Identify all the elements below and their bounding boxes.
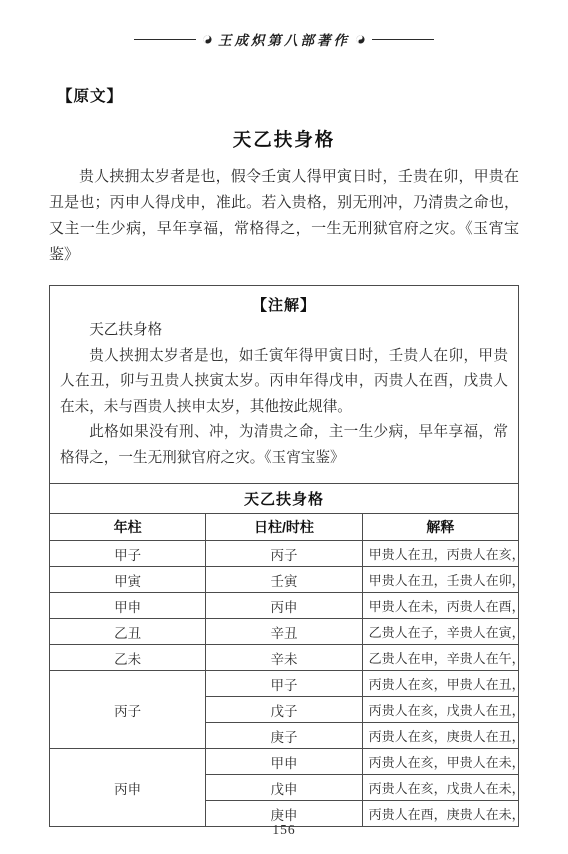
day-pillar-cell: 甲申 (206, 749, 362, 775)
head-rule-right (372, 39, 434, 40)
table-row: 甲寅 壬寅 甲贵人在丑，壬贵人在卯，丑与卯贵人挟寅太岁。 (50, 567, 519, 593)
column-header-year: 年柱 (50, 514, 206, 541)
annotation-box: 【注解】 天乙扶身格 贵人挟拥太岁者是也，如壬寅年得甲寅日时，壬贵人在卯，甲贵人… (49, 285, 519, 484)
year-pillar-cell: 甲子 (50, 541, 206, 567)
day-pillar-cell: 丙子 (206, 541, 362, 567)
year-pillar-cell: 乙丑 (50, 619, 206, 645)
year-pillar-cell-merged: 丙子 (50, 671, 206, 749)
year-pillar-cell-merged: 丙申 (50, 749, 206, 827)
explain-cell: 甲贵人在丑，壬贵人在卯，丑与卯贵人挟寅太岁。 (362, 567, 518, 593)
annotation-paragraph-1: 贵人挟拥太岁者是也，如壬寅年得甲寅日时，壬贵人在卯，甲贵人在丑，卯与丑贵人挟寅太… (60, 344, 508, 421)
table-row: 丙申 甲申 丙贵人在亥，甲贵人在未，酉与未贵人挟申太岁。 (50, 749, 519, 775)
table-row: 甲子 丙子 甲贵人在丑，丙贵人在亥，亥与丑贵人挟子太岁。 (50, 541, 519, 567)
column-header-explain: 解释 (362, 514, 518, 541)
annotation-section-label: 【注解】 (60, 294, 508, 318)
table-title-row: 天乙扶身格 (50, 484, 519, 514)
book-page: 王成炽第八部著作 【原文】 天乙扶身格 贵人挟拥太岁者是也，假令壬寅人得甲寅日时… (0, 0, 568, 854)
table-header-row: 年柱 日柱/时柱 解释 (50, 514, 519, 541)
explain-cell: 丙贵人在亥，甲贵人在丑，亥与丑贵人挟子太岁。 (362, 671, 518, 697)
table-row: 乙未 辛未 乙贵人在申，辛贵人在午，申与午贵人挟未太岁。 (50, 645, 519, 671)
table-row: 甲申 丙申 甲贵人在未，丙贵人在酉，未与酉贵人挟申太岁。 (50, 593, 519, 619)
explain-cell: 乙贵人在子，辛贵人在寅，子与寅贵人挟丑太岁。 (362, 619, 518, 645)
explain-cell: 甲贵人在丑，丙贵人在亥，亥与丑贵人挟子太岁。 (362, 541, 518, 567)
running-head: 王成炽第八部著作 (0, 30, 568, 48)
running-head-title: 王成炽第八部著作 (216, 29, 352, 49)
explain-cell: 丙贵人在亥，戊贵人在丑，亥与丑贵人挟子太岁。 (362, 697, 518, 723)
year-pillar-cell: 甲寅 (50, 567, 206, 593)
original-paragraph: 贵人挟拥太岁者是也，假令壬寅人得甲寅日时，壬贵在卯，甲贵在丑是也；丙申人得戊申，… (49, 164, 519, 268)
page-number: 156 (0, 822, 568, 838)
explain-cell: 甲贵人在未，丙贵人在酉，未与酉贵人挟申太岁。 (362, 593, 518, 619)
head-rule-left (134, 39, 196, 40)
page-title: 天乙扶身格 (0, 126, 568, 152)
explain-cell: 乙贵人在申，辛贵人在午，申与午贵人挟未太岁。 (362, 645, 518, 671)
explain-cell: 丙贵人在亥，戊贵人在未，酉与未贵人挟申太岁。 (362, 775, 518, 801)
original-section-label: 【原文】 (57, 84, 568, 106)
table-row: 丙子 甲子 丙贵人在亥，甲贵人在丑，亥与丑贵人挟子太岁。 (50, 671, 519, 697)
day-pillar-cell: 辛未 (206, 645, 362, 671)
year-pillar-cell: 乙未 (50, 645, 206, 671)
day-pillar-cell: 戊子 (206, 697, 362, 723)
table-title: 天乙扶身格 (50, 484, 519, 514)
day-pillar-cell: 壬寅 (206, 567, 362, 593)
day-pillar-cell: 戊申 (206, 775, 362, 801)
annotation-paragraph-2: 此格如果没有刑、冲，为清贵之命，主一生少病，早年享福，常格得之，一生无刑狱官府之… (60, 420, 508, 471)
explain-cell: 丙贵人在亥，甲贵人在未，酉与未贵人挟申太岁。 (362, 749, 518, 775)
pattern-table: 天乙扶身格 年柱 日柱/时柱 解释 甲子 丙子 甲贵人在丑，丙贵人在亥，亥与丑贵… (49, 483, 519, 827)
column-header-day: 日柱/时柱 (206, 514, 362, 541)
day-pillar-cell: 辛丑 (206, 619, 362, 645)
table-row: 乙丑 辛丑 乙贵人在子，辛贵人在寅，子与寅贵人挟丑太岁。 (50, 619, 519, 645)
day-pillar-cell: 甲子 (206, 671, 362, 697)
taiji-icon (356, 35, 365, 44)
explain-cell: 丙贵人在亥，庚贵人在丑，亥与丑贵人挟子太岁。 (362, 723, 518, 749)
year-pillar-cell: 甲申 (50, 593, 206, 619)
day-pillar-cell: 庚子 (206, 723, 362, 749)
day-pillar-cell: 丙申 (206, 593, 362, 619)
taiji-icon (203, 35, 212, 44)
annotation-subtitle: 天乙扶身格 (60, 318, 508, 344)
